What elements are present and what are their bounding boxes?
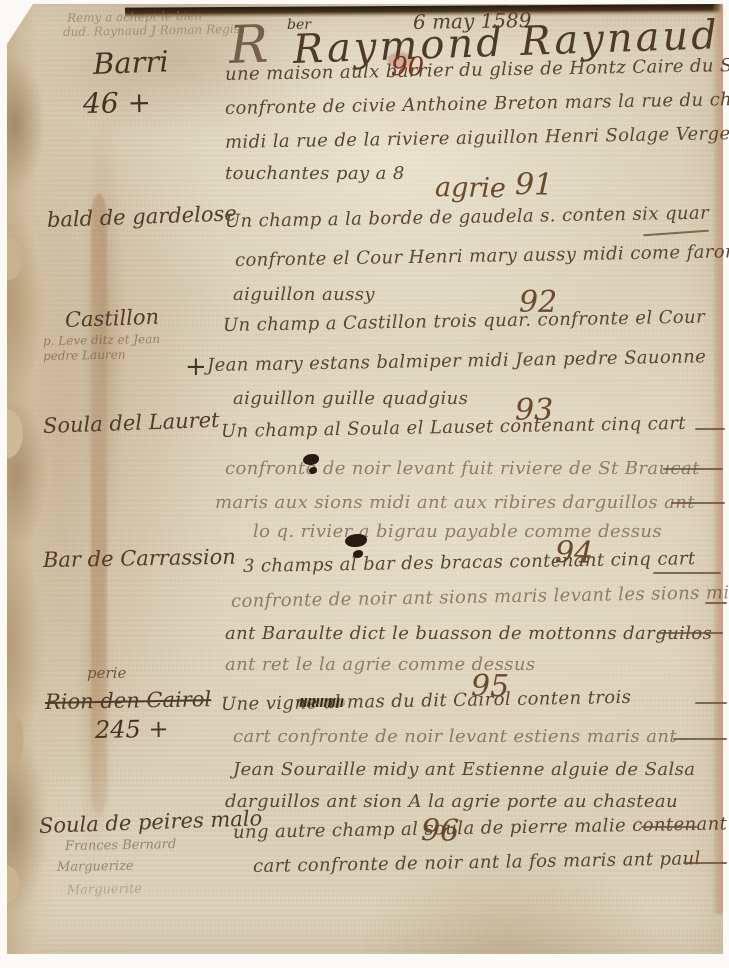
line-filler-dash — [653, 572, 721, 574]
entry2-line-3: aiguillon guille quadgius — [233, 390, 468, 408]
corner-note-line2: dud. Raynaud J Roman Regist — [63, 23, 245, 38]
margin-label-carrassion: Bar de Carrassion — [43, 547, 236, 571]
section-number-91: 91 — [515, 170, 554, 201]
margin-label-soula-peires: Soula de peires malo — [39, 808, 263, 837]
margin-label-soula-lauret: Soula del Lauret — [43, 410, 220, 437]
ink-blot — [345, 534, 367, 547]
castillon-note-1: p. Leve ditz et Jean — [43, 333, 160, 347]
intro-line-4: touchantes pay a 8 — [225, 165, 405, 183]
entry3-line-1: Un champ al Soula el Lauset contenant ci… — [221, 415, 686, 441]
manuscript-scan: Remy a achept le bien dud. Raynaud J Rom… — [0, 0, 729, 968]
margin-label-gardelose: bald de gardelose — [47, 203, 237, 231]
margin-label-castillon: Castillon — [65, 307, 160, 331]
entry5-line-2: cart confronte de noir levant estiens ma… — [233, 728, 677, 746]
line-filler-dash — [673, 738, 727, 740]
entry3-line-4: lo q. rivier a bigrau payable comme dess… — [253, 523, 662, 541]
margin-mark-46: 46 + — [83, 89, 151, 118]
entry6-line-1: ung autre champ al soula de pierre malie… — [233, 815, 729, 842]
corner-note-line1: Remy a achept le bien — [67, 10, 202, 24]
castillon-note-2: pedre Lauren — [43, 349, 126, 362]
intro-line-2: confronte de civie Anthoine Breton mars … — [225, 90, 729, 118]
line-filler-dash — [657, 632, 723, 634]
entry5-line-3: Jean Souraille midy ant Estienne alguie … — [233, 761, 695, 779]
entry2-line-1: Un champ a Castillon trois quar. confron… — [223, 309, 705, 335]
entry1-line-3: aiguillon aussy — [233, 286, 375, 304]
margin-label-barri: Barri — [92, 47, 169, 79]
margin-label-cairol: Rion den Cairol — [45, 689, 211, 713]
bottom-torn-edge — [7, 908, 723, 954]
manuscript-page: Remy a achept le bien dud. Raynaud J Rom… — [7, 4, 723, 954]
entry3-line-3: maris aux sions midi ant aux ribires dar… — [215, 494, 695, 512]
line-filler-dash — [695, 702, 727, 704]
entry5-line-4: darguillos ant sion A la agrie porte au … — [225, 793, 678, 811]
scan-corner — [7, 4, 33, 44]
margin-note-perie: perie — [87, 666, 126, 681]
entry5-line-1: Une vigne al mas du dit Cairol conten tr… — [221, 689, 632, 714]
line-filler-dash — [705, 602, 727, 604]
line-filler-dash — [641, 826, 697, 828]
entry2-line-2: Jean mary estans balmiper midi Jean pedr… — [207, 348, 707, 375]
left-torn-layers — [7, 4, 37, 954]
entry4-line-2: confronte de noir ant sions maris levant… — [231, 584, 729, 611]
margin-mark-245: 245 + — [95, 717, 169, 742]
line-filler-dash — [683, 862, 727, 864]
entry6-line-2: cart confronte de noir ant la fos maris … — [253, 850, 701, 876]
castillon-cross-mark: + — [185, 354, 207, 380]
soula-note-1: Frances Bernard — [65, 838, 176, 853]
entry4-line-1: 3 champs al bar des bracas contenant cin… — [243, 550, 696, 576]
line-filler-dash — [695, 428, 725, 430]
soula-note-3: Marguerite — [67, 883, 142, 897]
line-filler-dash — [663, 468, 723, 470]
entry1-line-1: Un champ a la borde de gaudela s. conten… — [225, 205, 709, 231]
soula-note-2: Marguerize — [57, 860, 134, 874]
line-filler-dash — [643, 230, 709, 237]
entry3-line-2: confronte de noir levant fuit riviere de… — [225, 460, 700, 478]
scratched-out-word — [297, 698, 345, 707]
intro-line-3: midi la rue de la riviere aiguillon Henr… — [225, 125, 729, 152]
section-label: agrie — [435, 174, 506, 202]
line-filler-dash — [671, 502, 725, 504]
entry1-line-2: confronte el Cour Henri mary aussy midi … — [235, 243, 729, 270]
entry4-line-3: ant Baraulte dict le buasson de mottonns… — [225, 625, 712, 643]
